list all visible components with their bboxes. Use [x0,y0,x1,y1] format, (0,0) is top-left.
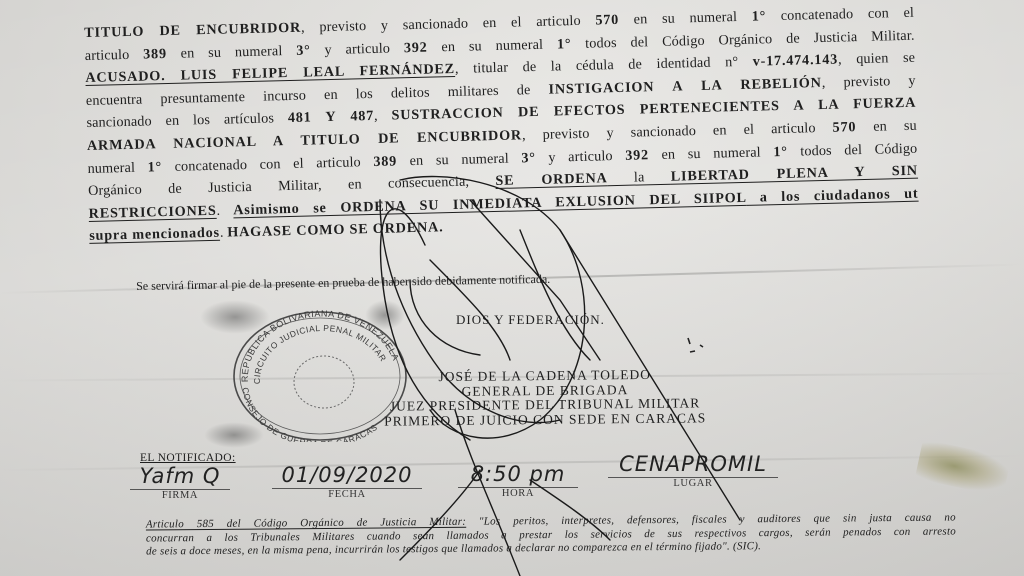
fecha-value: 01/09/2020 [272,463,422,487]
fecha-label: FECHA [272,489,422,500]
text-run: 389 [373,153,397,170]
text-run: 3° [521,150,536,166]
text-run: 570 [595,12,619,29]
text-run: en su numeral [397,150,522,169]
text-run: , previsto y [822,72,916,90]
text-run: 570 [832,119,856,136]
field-firma: Yafm Q FIRMA [130,464,230,501]
firma-label: FIRMA [130,490,230,501]
text-run: 1° [557,36,572,52]
field-hora: 8:50 pm HORA [458,462,578,499]
text-run: Asimismo se [233,200,340,219]
field-lugar: CENAPROMIL LUGAR [608,452,778,489]
text-run: , [374,108,392,124]
text-run: concatenado con el [766,5,914,25]
text-run: RESTRICCIONES [88,203,216,222]
text-run: , quien se [838,50,916,68]
text-run: a los ciudadanos ut [746,185,919,205]
text-run: INSTIGACION A LA REBELIÓN [548,75,822,98]
text-run: 1° [773,143,788,159]
text-run: HAGASE COMO SE ORDENA. [227,220,444,241]
resolution-paragraph: TITULO DE ENCUBRIDOR, previsto y sancion… [84,2,919,248]
text-run: y articulo [310,40,404,58]
text-run: v-17.474.143 [753,52,839,70]
text-run: LIBERTAD PLENA Y SIN [671,163,919,185]
notified-label: EL NOTIFICADO: [140,452,236,464]
article-585-footnote: Articulo 585 del Código Orgánico de Just… [146,511,956,559]
text-run: la [607,169,671,187]
text-run: 389 [143,46,167,63]
text-run: sancionado en los artículos [86,110,288,131]
firma-value: Yafm Q [130,464,230,488]
text-run: en su numeral [167,42,297,61]
text-run: y articulo [536,147,626,165]
text-run: , previsto y sancionado en el articulo [301,13,596,36]
field-fecha: 01/09/2020 FECHA [272,463,422,500]
text-run: 392 [404,39,428,56]
text-run: todos del Código [788,140,918,159]
text-run: articulo [85,46,144,63]
text-run: en su numeral [649,144,774,163]
text-run: 392 [625,147,649,164]
text-run: en su numeral [619,9,752,28]
closing-salutation: DIOS Y FEDERACIÓN. [456,312,605,328]
text-run: supra mencionados [89,225,220,244]
text-run: , previsto y sancionado en el articulo [522,120,833,144]
lugar-label: LUGAR [608,478,778,489]
text-run: 1° [147,159,162,175]
text-run: , titular de la cédula de identidad n° [455,54,753,77]
judge-signature-block: JOSÉ DE LA CADENA TOLEDO GENERAL DE BRIG… [345,367,746,429]
hora-label: HORA [458,488,578,499]
text-run: SE ORDENA [495,170,608,189]
lugar-value: CENAPROMIL [608,452,778,476]
text-run: 481 Y 487 [288,108,375,126]
text-run: numeral [87,159,147,176]
text-run: TITULO DE ENCUBRIDOR [84,20,301,41]
text-run: 3° [296,42,311,58]
text-run: . [216,202,233,218]
hora-value: 8:50 pm [458,462,578,486]
text-run: 1° [752,8,767,24]
article-title: Articulo 585 del Código Orgánico de Just… [146,516,466,531]
text-run: en su [856,118,917,135]
text-run: concatenado con el articulo [162,154,374,175]
text-run: en su numeral [427,36,557,55]
